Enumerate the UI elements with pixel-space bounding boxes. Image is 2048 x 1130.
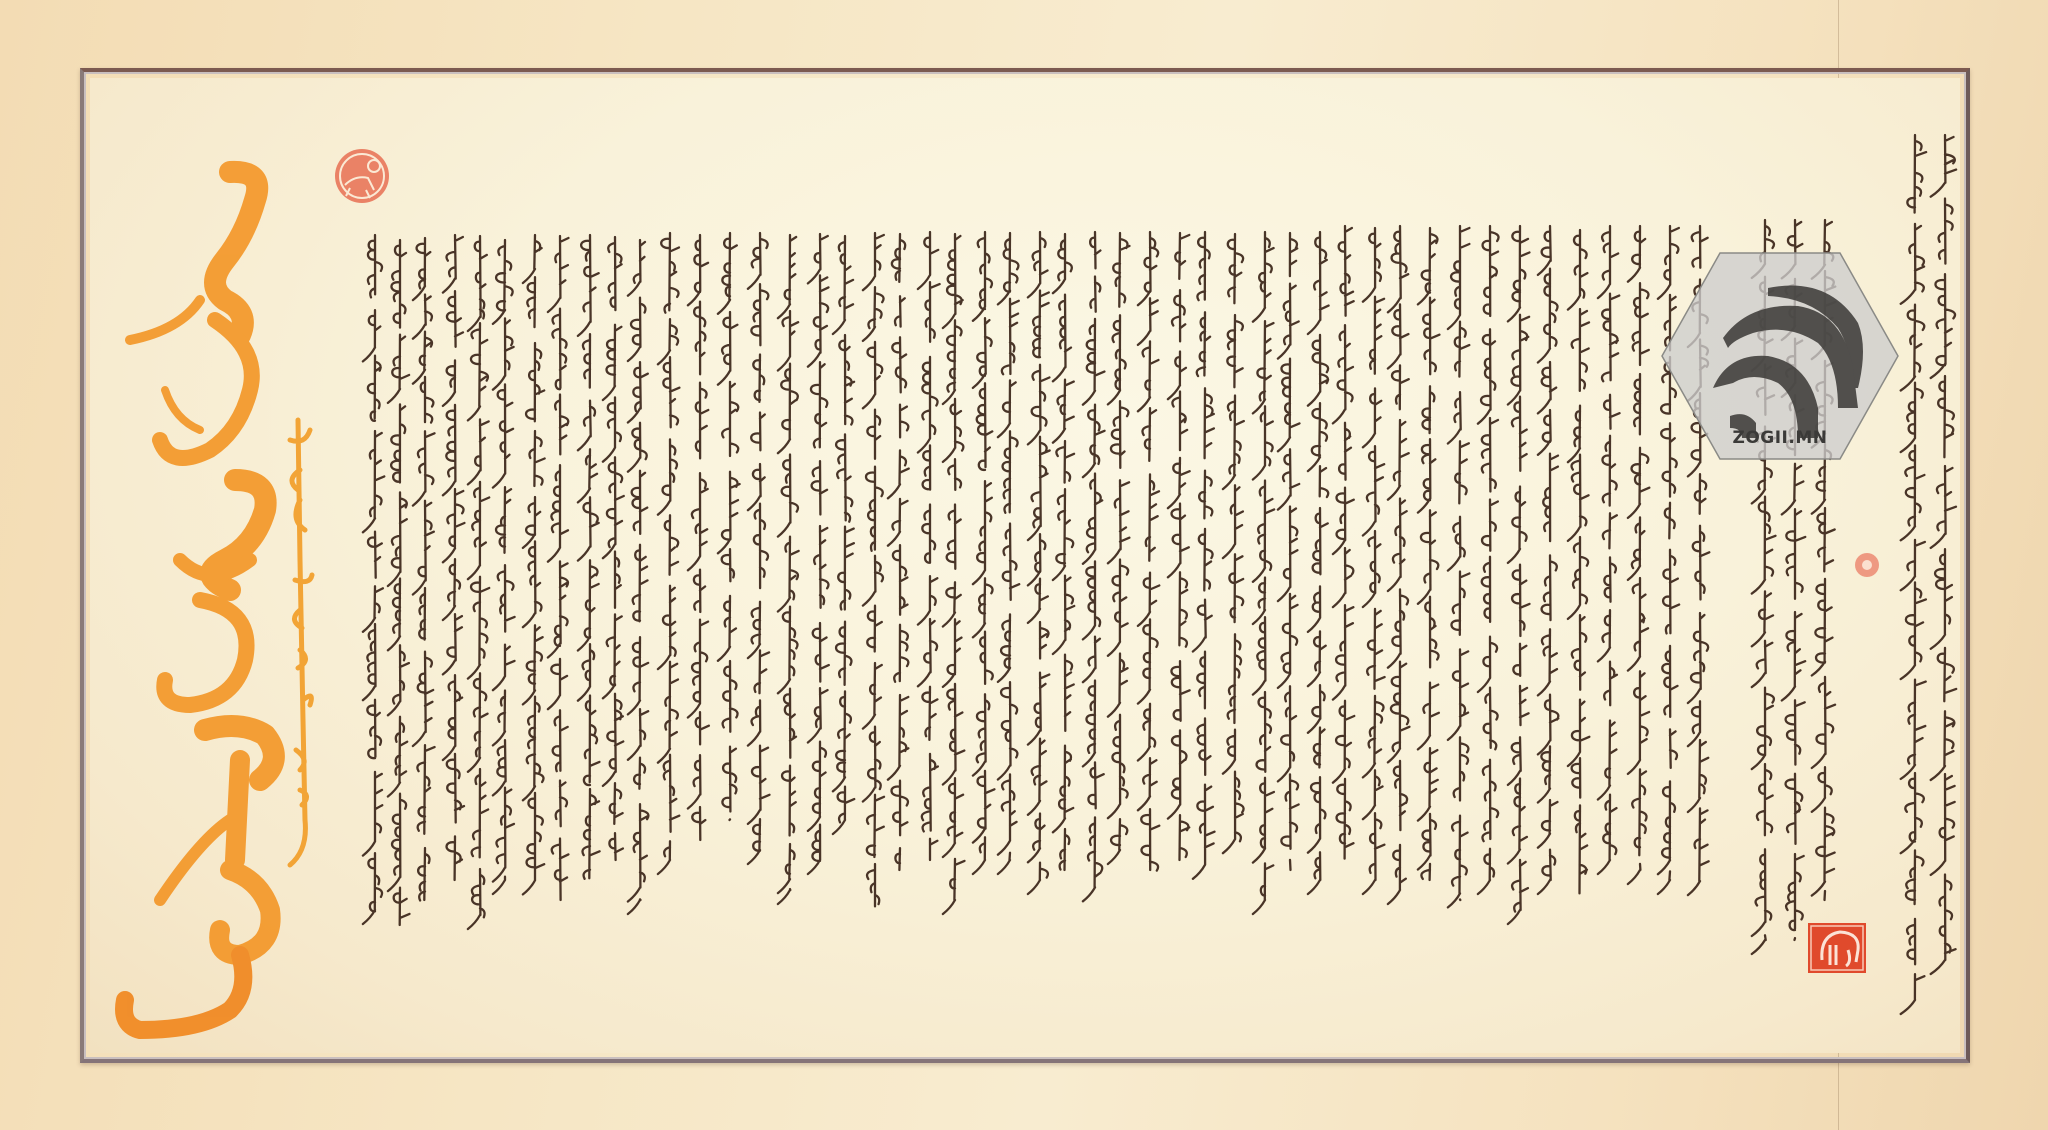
- script-column: [943, 234, 965, 914]
- script-column: [1028, 232, 1050, 894]
- mongolian-signature-text: [1901, 135, 1956, 1014]
- script-column: [718, 233, 740, 820]
- script-column: [1628, 226, 1649, 884]
- script-column: [918, 232, 940, 860]
- script-column: [363, 235, 384, 924]
- script-column: [1083, 232, 1105, 901]
- script-column: [1278, 233, 1300, 870]
- script-column: [1223, 234, 1244, 853]
- script-column: [1538, 226, 1558, 894]
- script-column: [748, 233, 770, 864]
- watermark-label: ZOGII.MN: [1658, 428, 1902, 448]
- script-column: [1448, 226, 1469, 907]
- script-column: [1308, 232, 1329, 894]
- small-round-seal: [1855, 553, 1879, 577]
- script-column: [1168, 233, 1190, 860]
- script-column: [1108, 233, 1130, 864]
- script-column: [388, 240, 410, 925]
- zogii-watermark: ZOGII.MN: [1658, 248, 1902, 464]
- script-column: [1598, 226, 1620, 874]
- calligraphy-artwork: [0, 0, 2048, 1130]
- title-calligraphy: [124, 172, 274, 1030]
- script-column: [578, 235, 600, 879]
- script-column: [1508, 226, 1530, 924]
- script-column: [548, 236, 569, 900]
- script-column: [468, 236, 489, 929]
- script-column: [1568, 230, 1589, 893]
- mongolian-body-text: [363, 226, 1709, 929]
- script-column: [688, 235, 709, 840]
- subtitle-calligraphy: [290, 420, 312, 865]
- script-column: [493, 240, 515, 894]
- script-column: [1253, 232, 1274, 914]
- script-column: [973, 232, 995, 874]
- script-column: [1418, 228, 1440, 880]
- script-column: [863, 233, 884, 906]
- script-column: [1931, 135, 1956, 974]
- script-column: [1193, 232, 1215, 879]
- script-column: [523, 235, 545, 894]
- script-column: [1363, 228, 1385, 894]
- script-column: [998, 233, 1019, 874]
- script-column: [658, 233, 679, 874]
- script-column: [833, 236, 854, 834]
- script-column: [1053, 234, 1074, 870]
- script-column: [778, 235, 799, 904]
- elephant-square-seal: [1808, 923, 1866, 973]
- script-column: [1388, 226, 1410, 904]
- script-column: [443, 235, 465, 880]
- script-column: [808, 234, 829, 874]
- script-column: [413, 238, 435, 901]
- horse-rider-round-seal: [335, 149, 389, 203]
- script-column: [1901, 135, 1926, 1014]
- script-column: [1138, 232, 1159, 871]
- script-column: [1478, 226, 1499, 894]
- script-column: [628, 240, 649, 914]
- script-column: [888, 234, 909, 870]
- script-column: [1333, 226, 1354, 859]
- script-column: [603, 237, 624, 860]
